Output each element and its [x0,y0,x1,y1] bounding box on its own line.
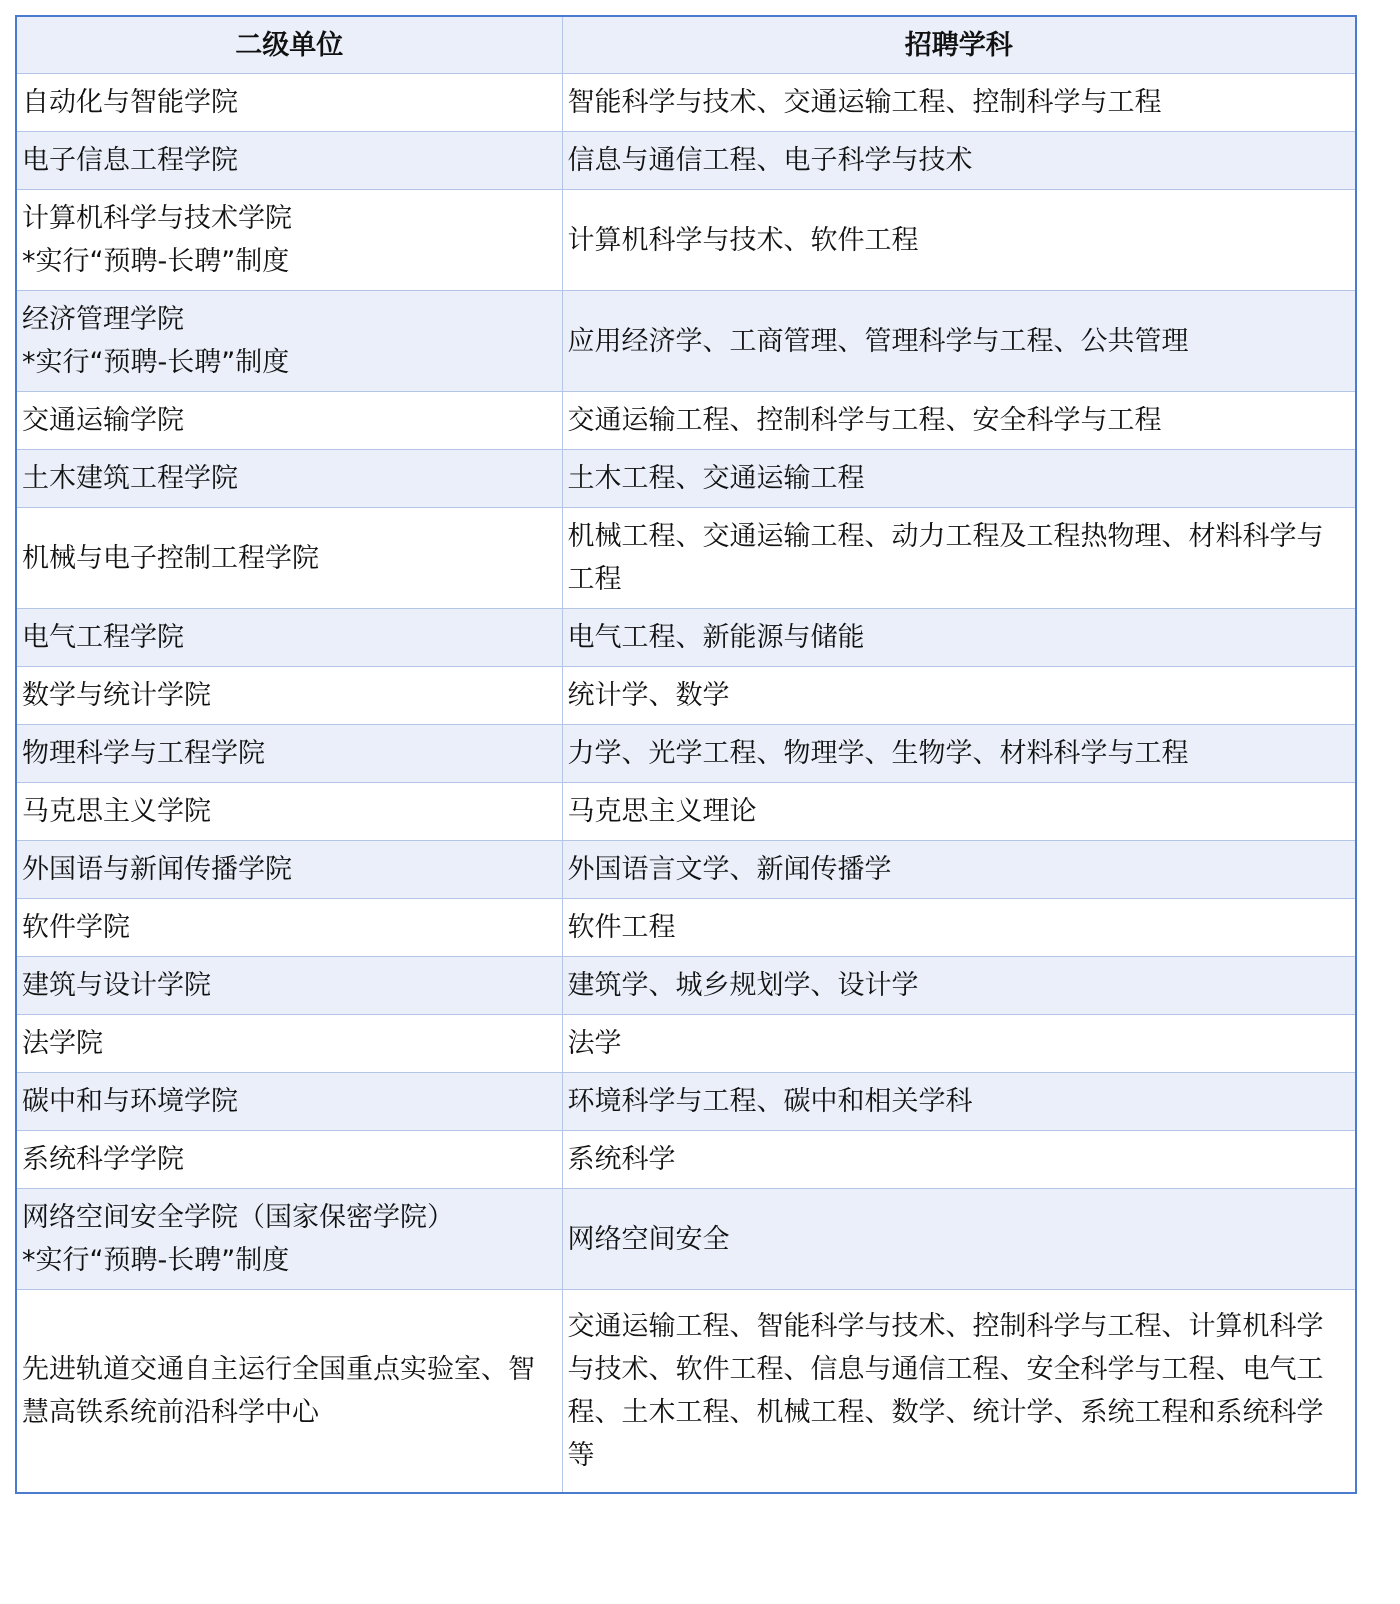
unit-cell: 软件学院 [16,899,562,957]
table-row: 机械与电子控制工程学院 机械工程、交通运输工程、动力工程及工程热物理、材料科学与… [16,508,1356,609]
subjects-cell: 系统科学 [562,1131,1356,1189]
unit-cell: 物理科学与工程学院 [16,725,562,783]
table-row: 电气工程学院 电气工程、新能源与储能 [16,609,1356,667]
unit-cell: 交通运输学院 [16,392,562,450]
unit-note: *实行“预聘-长聘”制度 [22,1239,556,1282]
subjects-cell: 力学、光学工程、物理学、生物学、材料科学与工程 [562,725,1356,783]
subjects-cell: 环境科学与工程、碳中和相关学科 [562,1073,1356,1131]
unit-name: 马克思主义学院 [22,790,556,833]
unit-cell: 建筑与设计学院 [16,957,562,1015]
table-row: 计算机科学与技术学院 *实行“预聘-长聘”制度 计算机科学与技术、软件工程 [16,190,1356,291]
header-unit: 二级单位 [16,16,562,74]
subjects-cell: 应用经济学、工商管理、管理科学与工程、公共管理 [562,291,1356,392]
subjects-cell: 智能科学与技术、交通运输工程、控制科学与工程 [562,74,1356,132]
unit-cell: 数学与统计学院 [16,667,562,725]
table-row: 法学院 法学 [16,1015,1356,1073]
table-row: 自动化与智能学院 智能科学与技术、交通运输工程、控制科学与工程 [16,74,1356,132]
unit-name: 数学与统计学院 [22,674,556,717]
subjects-cell: 交通运输工程、控制科学与工程、安全科学与工程 [562,392,1356,450]
unit-name: 交通运输学院 [22,399,556,442]
unit-name: 物理科学与工程学院 [22,732,556,775]
subjects-cell: 交通运输工程、智能科学与技术、控制科学与工程、计算机科学与技术、软件工程、信息与… [562,1290,1356,1494]
recruitment-table: 二级单位 招聘学科 自动化与智能学院 智能科学与技术、交通运输工程、控制科学与工… [15,15,1357,1494]
unit-note: *实行“预聘-长聘”制度 [22,240,556,283]
table-row: 系统科学学院 系统科学 [16,1131,1356,1189]
unit-name: 先进轨道交通自主运行全国重点实验室、智慧高铁系统前沿科学中心 [22,1348,556,1434]
unit-name: 网络空间安全学院（国家保密学院） [22,1196,556,1239]
table-row: 碳中和与环境学院 环境科学与工程、碳中和相关学科 [16,1073,1356,1131]
subjects-cell: 土木工程、交通运输工程 [562,450,1356,508]
table-row: 电子信息工程学院 信息与通信工程、电子科学与技术 [16,132,1356,190]
unit-name: 软件学院 [22,906,556,949]
subjects-cell: 马克思主义理论 [562,783,1356,841]
unit-name: 外国语与新闻传播学院 [22,848,556,891]
unit-note: *实行“预聘-长聘”制度 [22,341,556,384]
table-row: 马克思主义学院 马克思主义理论 [16,783,1356,841]
subjects-cell: 软件工程 [562,899,1356,957]
subjects-cell: 法学 [562,1015,1356,1073]
unit-name: 机械与电子控制工程学院 [22,537,556,580]
unit-name: 土木建筑工程学院 [22,457,556,500]
unit-name: 电子信息工程学院 [22,139,556,182]
subjects-cell: 信息与通信工程、电子科学与技术 [562,132,1356,190]
unit-cell: 经济管理学院 *实行“预聘-长聘”制度 [16,291,562,392]
table-row: 经济管理学院 *实行“预聘-长聘”制度 应用经济学、工商管理、管理科学与工程、公… [16,291,1356,392]
unit-cell: 马克思主义学院 [16,783,562,841]
unit-name: 建筑与设计学院 [22,964,556,1007]
table-row: 软件学院 软件工程 [16,899,1356,957]
table-row: 网络空间安全学院（国家保密学院） *实行“预聘-长聘”制度 网络空间安全 [16,1189,1356,1290]
unit-cell: 电气工程学院 [16,609,562,667]
table-row: 交通运输学院 交通运输工程、控制科学与工程、安全科学与工程 [16,392,1356,450]
unit-cell: 先进轨道交通自主运行全国重点实验室、智慧高铁系统前沿科学中心 [16,1290,562,1494]
unit-name: 系统科学学院 [22,1138,556,1181]
table-row: 土木建筑工程学院 土木工程、交通运输工程 [16,450,1356,508]
unit-cell: 法学院 [16,1015,562,1073]
table-row: 物理科学与工程学院 力学、光学工程、物理学、生物学、材料科学与工程 [16,725,1356,783]
subjects-cell: 建筑学、城乡规划学、设计学 [562,957,1356,1015]
unit-name: 自动化与智能学院 [22,81,556,124]
subjects-cell: 电气工程、新能源与储能 [562,609,1356,667]
unit-cell: 电子信息工程学院 [16,132,562,190]
table-row: 数学与统计学院 统计学、数学 [16,667,1356,725]
unit-cell: 碳中和与环境学院 [16,1073,562,1131]
subjects-cell: 计算机科学与技术、软件工程 [562,190,1356,291]
subjects-cell: 网络空间安全 [562,1189,1356,1290]
header-subjects: 招聘学科 [562,16,1356,74]
unit-cell: 土木建筑工程学院 [16,450,562,508]
unit-cell: 自动化与智能学院 [16,74,562,132]
table-row: 外国语与新闻传播学院 外国语言文学、新闻传播学 [16,841,1356,899]
table-row: 先进轨道交通自主运行全国重点实验室、智慧高铁系统前沿科学中心 交通运输工程、智能… [16,1290,1356,1494]
subjects-cell: 外国语言文学、新闻传播学 [562,841,1356,899]
subjects-cell: 机械工程、交通运输工程、动力工程及工程热物理、材料科学与工程 [562,508,1356,609]
unit-name: 计算机科学与技术学院 [22,197,556,240]
table-header-row: 二级单位 招聘学科 [16,16,1356,74]
unit-name: 碳中和与环境学院 [22,1080,556,1123]
unit-cell: 网络空间安全学院（国家保密学院） *实行“预聘-长聘”制度 [16,1189,562,1290]
subjects-cell: 统计学、数学 [562,667,1356,725]
unit-cell: 计算机科学与技术学院 *实行“预聘-长聘”制度 [16,190,562,291]
unit-name: 经济管理学院 [22,298,556,341]
table-row: 建筑与设计学院 建筑学、城乡规划学、设计学 [16,957,1356,1015]
unit-cell: 系统科学学院 [16,1131,562,1189]
unit-name: 电气工程学院 [22,616,556,659]
unit-cell: 机械与电子控制工程学院 [16,508,562,609]
unit-cell: 外国语与新闻传播学院 [16,841,562,899]
unit-name: 法学院 [22,1022,556,1065]
